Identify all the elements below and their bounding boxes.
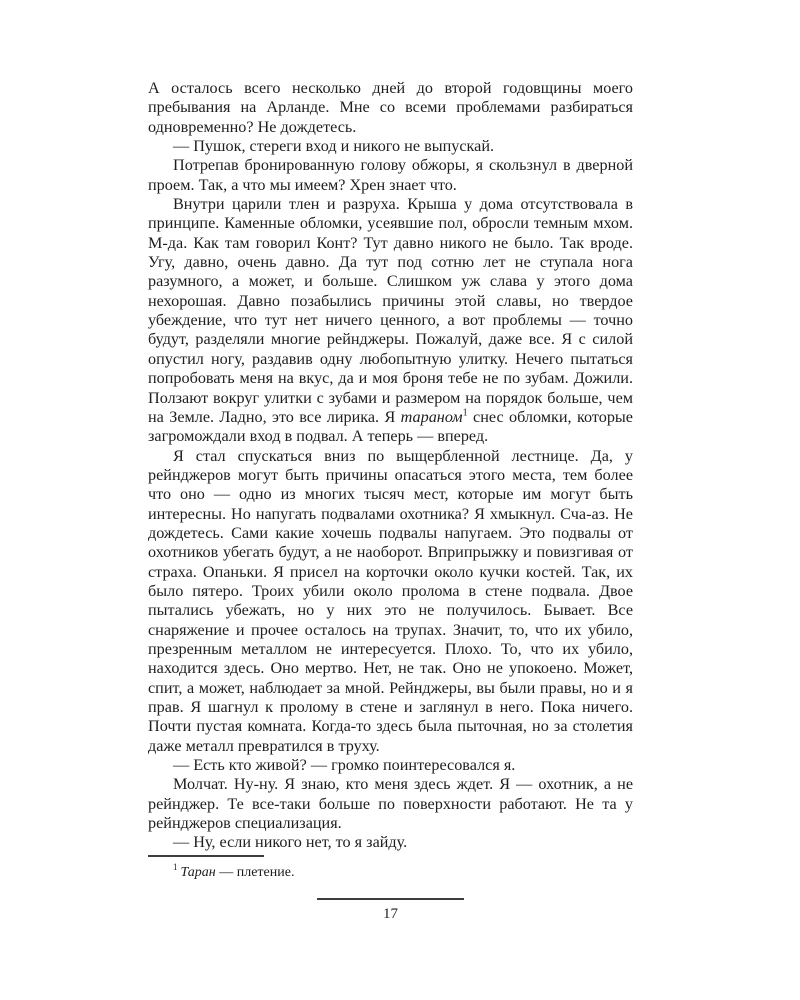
paragraph-8-dialogue: — Ну, если никого нет, то я зайду. [148, 833, 633, 852]
paragraph-1: А осталось всего несколько дней до второ… [148, 79, 633, 137]
footnote-definition: — плетение. [216, 865, 295, 880]
paragraph-6-dialogue: — Есть кто живой? — громко поинтересовал… [148, 756, 633, 775]
italic-term: тараном [401, 408, 463, 426]
footnote-block: 1Таран — плетение. [148, 855, 633, 881]
paragraph-2-dialogue: — Пушок, стереги вход и никого не выпуск… [148, 137, 633, 156]
footnote-text: 1Таран — плетение. [148, 864, 633, 881]
paragraph-5: Я стал спускаться вниз по выщербленной л… [148, 447, 633, 757]
body-text: А осталось всего несколько дней до второ… [148, 79, 633, 853]
footnote-term: Таран [181, 865, 216, 880]
page-footer: 17 [148, 898, 633, 923]
footnote-marker: 1 [173, 862, 178, 872]
paragraph-3: Потрепав бронированную голову обжоры, я … [148, 156, 633, 195]
paragraph-4-text-before: Внутри царили тлен и разруха. Крыша у до… [148, 195, 633, 426]
page-number: 17 [148, 905, 633, 923]
footnote-separator-rule [148, 855, 264, 857]
paragraph-7: Молчат. Ну-ну. Я знаю, кто меня здесь жд… [148, 775, 633, 833]
paragraph-4: Внутри царили тлен и разруха. Крыша у до… [148, 195, 633, 446]
book-page: А осталось всего несколько дней до второ… [0, 0, 800, 1000]
page-number-rule [317, 898, 464, 900]
